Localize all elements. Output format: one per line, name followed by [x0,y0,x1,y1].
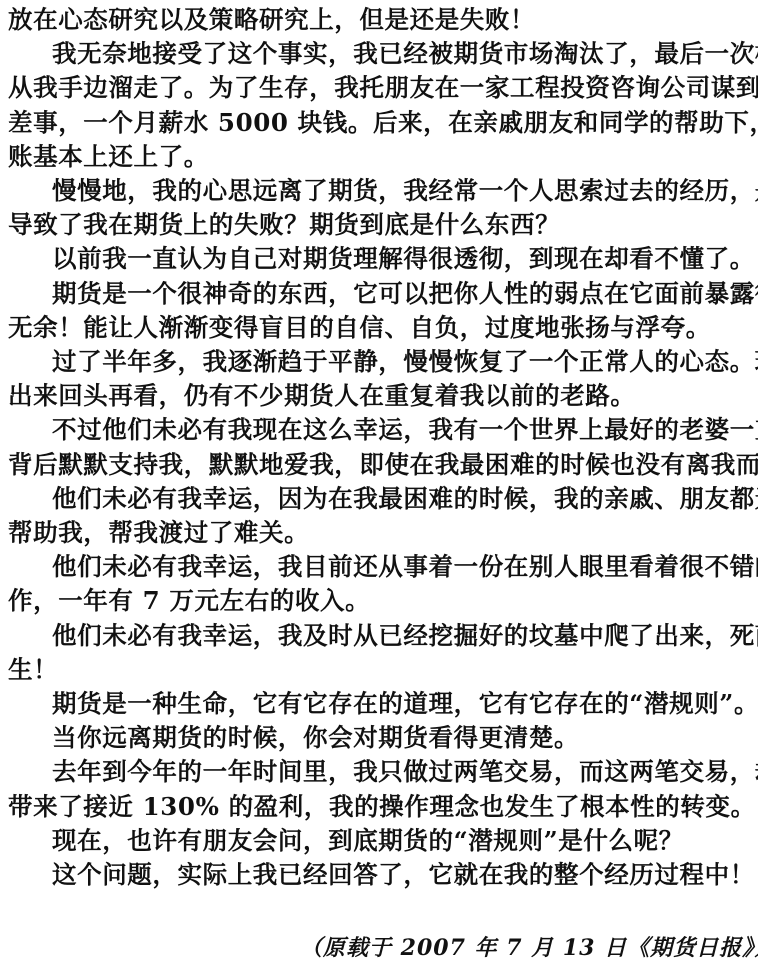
source-citation: （原载于 2007 年 7 月 13 日《期货日报》） [300,932,758,964]
document-page: 放在心态研究以及策略研究上，但是还是失败！ 我无奈地接受了这个事实，我已经被期货… [0,0,758,975]
text-line: 这个问题，实际上我已经回答了，它就在我的整个经历过程中！ [52,855,750,895]
